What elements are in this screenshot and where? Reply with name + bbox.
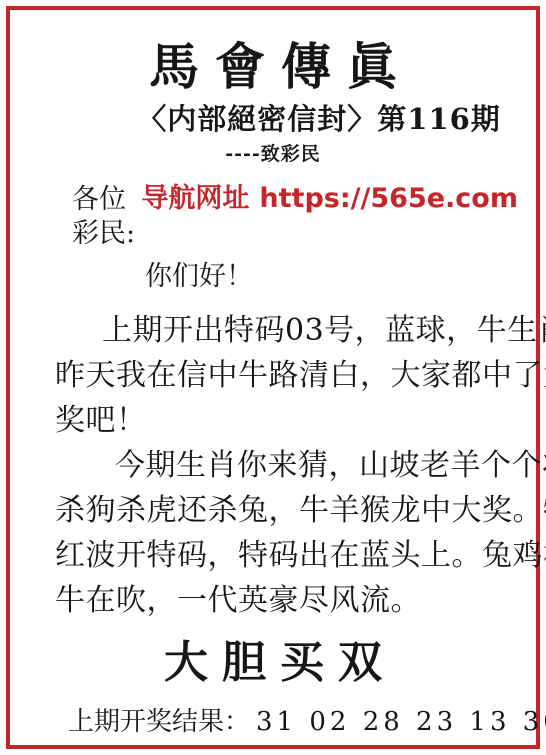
site-url-link[interactable]: https://565e.com (259, 183, 518, 214)
body-line: 杀狗杀虎还杀兔，牛羊猴龙中大奖。特码 (55, 488, 540, 533)
previous-results: 上期开奖结果：31 02 28 23 13 30特03 (68, 705, 546, 739)
greeting: 你们好！ (145, 259, 546, 295)
page-title: 馬會傳眞 (0, 36, 546, 98)
site-promo: 导航网址https://565e.com (141, 183, 518, 215)
envelope-label: 〈内部絕密信封〉 (137, 102, 377, 136)
dedication-line: ----致彩民 (0, 141, 546, 167)
fax-sheet: 馬會傳眞 〈内部絕密信封〉第116期 ----致彩民 各位彩民: 导航网址htt… (0, 0, 546, 755)
body-line: 今期生肖你来猜，山坡老羊个个壮。 (55, 443, 540, 488)
subtitle: 〈内部絕密信封〉第116期 (92, 100, 546, 138)
salutation-row: 各位彩民: 导航网址https://565e.com (72, 183, 518, 251)
letter-body: 上期开出特码03号，蓝球，牛生肖。 昨天我在信中牛路清白，大家都中了大 奖吧！ … (55, 308, 540, 623)
results-numbers: 31 02 28 23 13 30 (256, 707, 546, 737)
sheet-content: 馬會傳眞 〈内部絕密信封〉第116期 ----致彩民 各位彩民: 导航网址htt… (0, 0, 546, 739)
body-line: 昨天我在信中牛路清白，大家都中了大 (55, 353, 540, 398)
body-line: 牛在吹，一代英豪尽风流。 (55, 578, 540, 623)
body-line: 奖吧！ (55, 398, 540, 443)
tip-headline: 大胆买双 (0, 635, 546, 691)
body-line: 上期开出特码03号，蓝球，牛生肖。 (55, 308, 540, 353)
results-label: 上期开奖结果： (68, 707, 250, 737)
body-line: 红波开特码，特码出在蓝头上。兔鸡相争 (55, 533, 540, 578)
nav-label: 导航网址 (141, 183, 249, 214)
salutation: 各位彩民: (72, 183, 141, 251)
issue-number: 第116期 (377, 102, 501, 136)
